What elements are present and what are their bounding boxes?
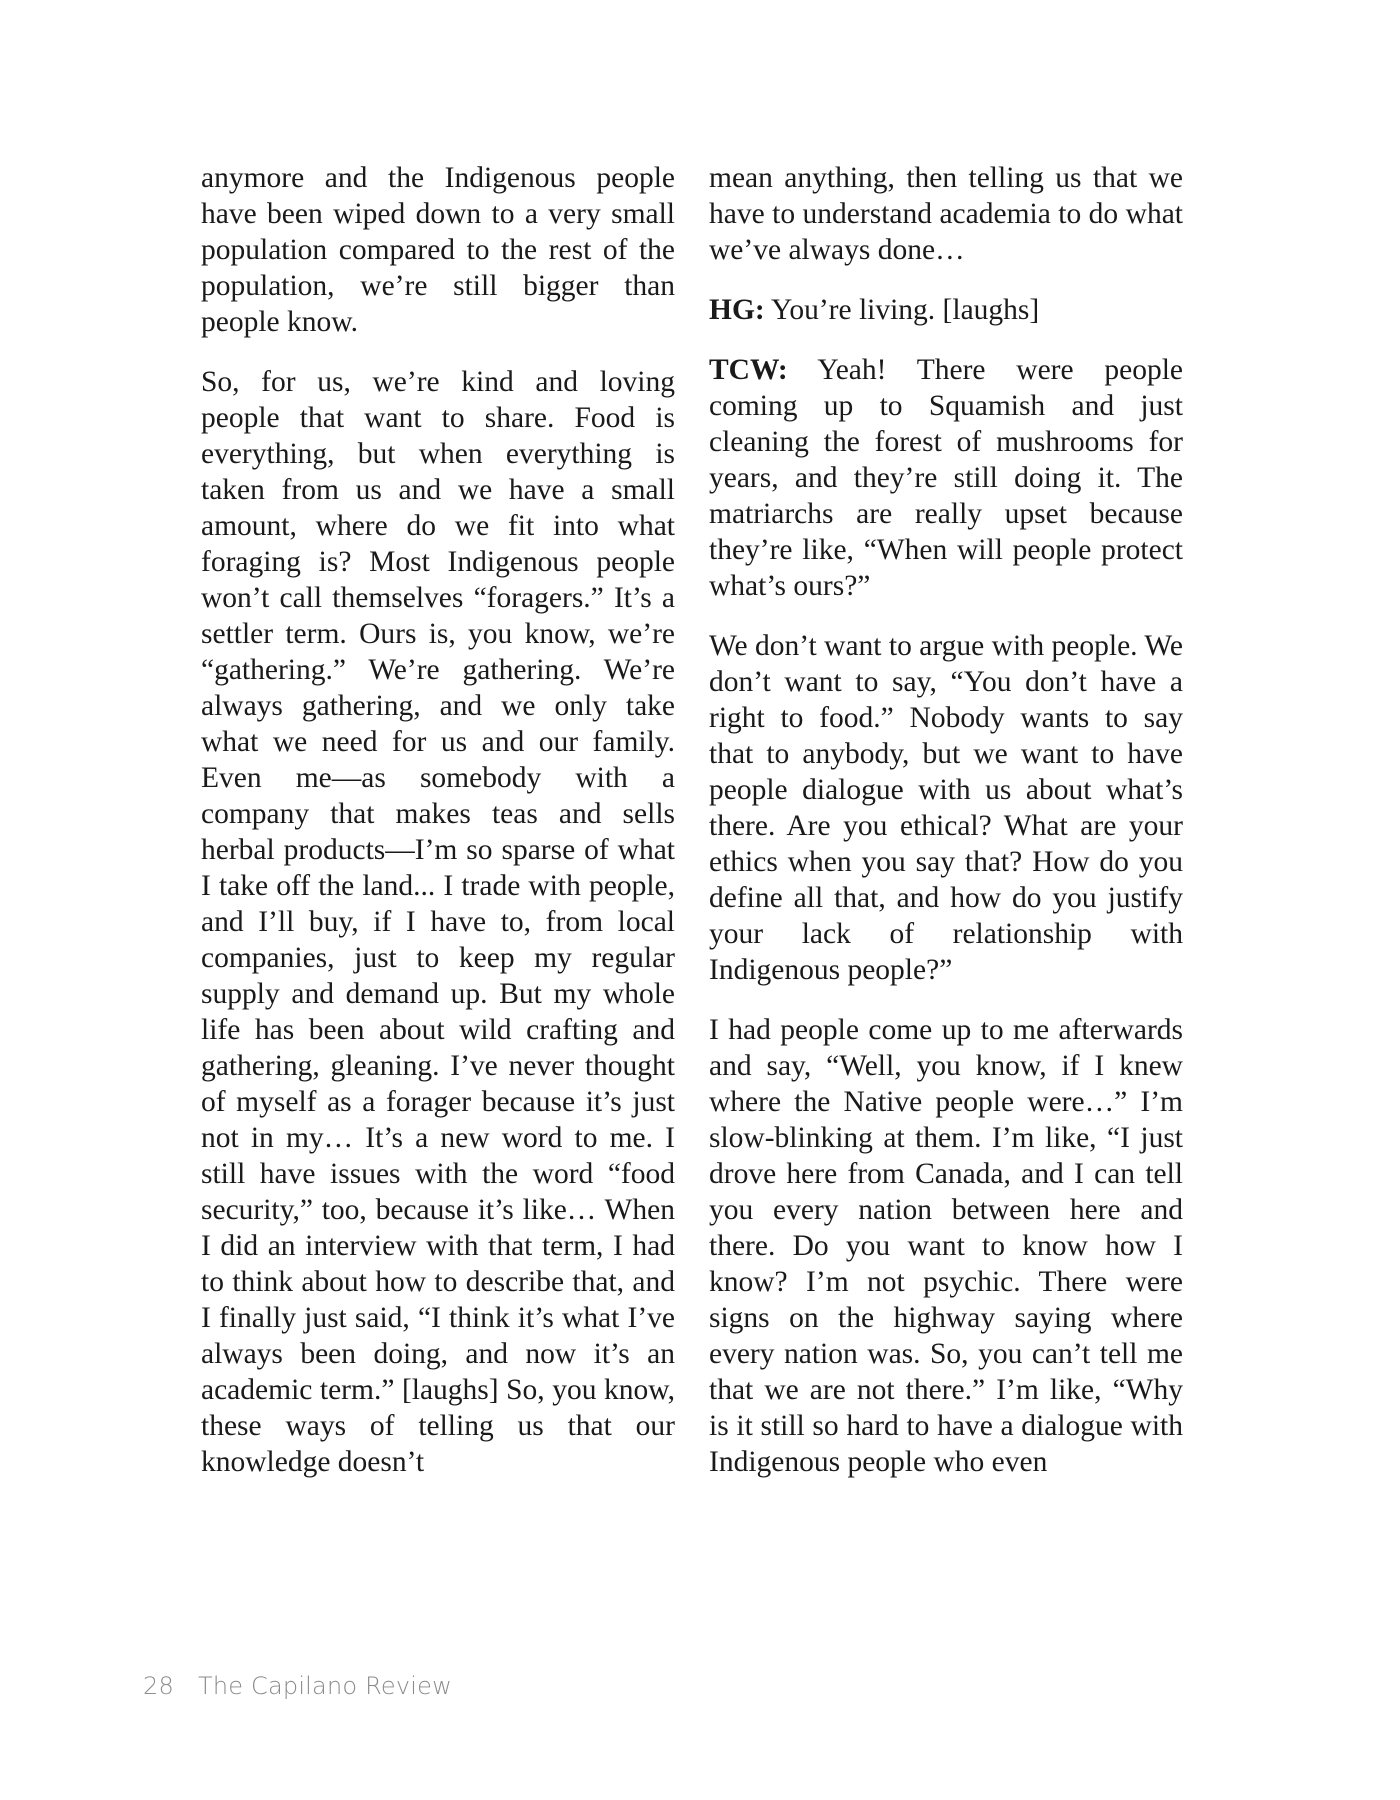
paragraph: So, for us, we’re kind and loving people… xyxy=(201,364,675,1480)
paragraph: I had people come up to me afterwards an… xyxy=(709,1012,1183,1480)
page-number: 28 xyxy=(143,1672,174,1700)
paragraph: mean anything, then telling us that we h… xyxy=(709,160,1183,268)
right-text-column: mean anything, then telling us that we h… xyxy=(709,160,1183,1480)
journal-title: The Capilano Review xyxy=(198,1672,452,1700)
dialogue-text: Yeah! There were people coming up to Squ… xyxy=(709,354,1183,602)
page-footer: 28The Capilano Review xyxy=(143,1672,452,1700)
speaker-label-tcw: TCW: xyxy=(709,354,788,386)
paragraph: anymore and the Indigenous people have b… xyxy=(201,160,675,340)
speaker-label-hg: HG: xyxy=(709,294,765,326)
dialogue-paragraph-hg: HG: You’re living. [laughs] xyxy=(709,292,1183,328)
dialogue-text: You’re living. [laughs] xyxy=(765,294,1040,326)
document-page: anymore and the Indigenous people have b… xyxy=(0,0,1400,1800)
paragraph: We don’t want to argue with people. We d… xyxy=(709,628,1183,988)
dialogue-paragraph-tcw: TCW: Yeah! There were people coming up t… xyxy=(709,352,1183,604)
left-text-column: anymore and the Indigenous people have b… xyxy=(201,160,675,1480)
